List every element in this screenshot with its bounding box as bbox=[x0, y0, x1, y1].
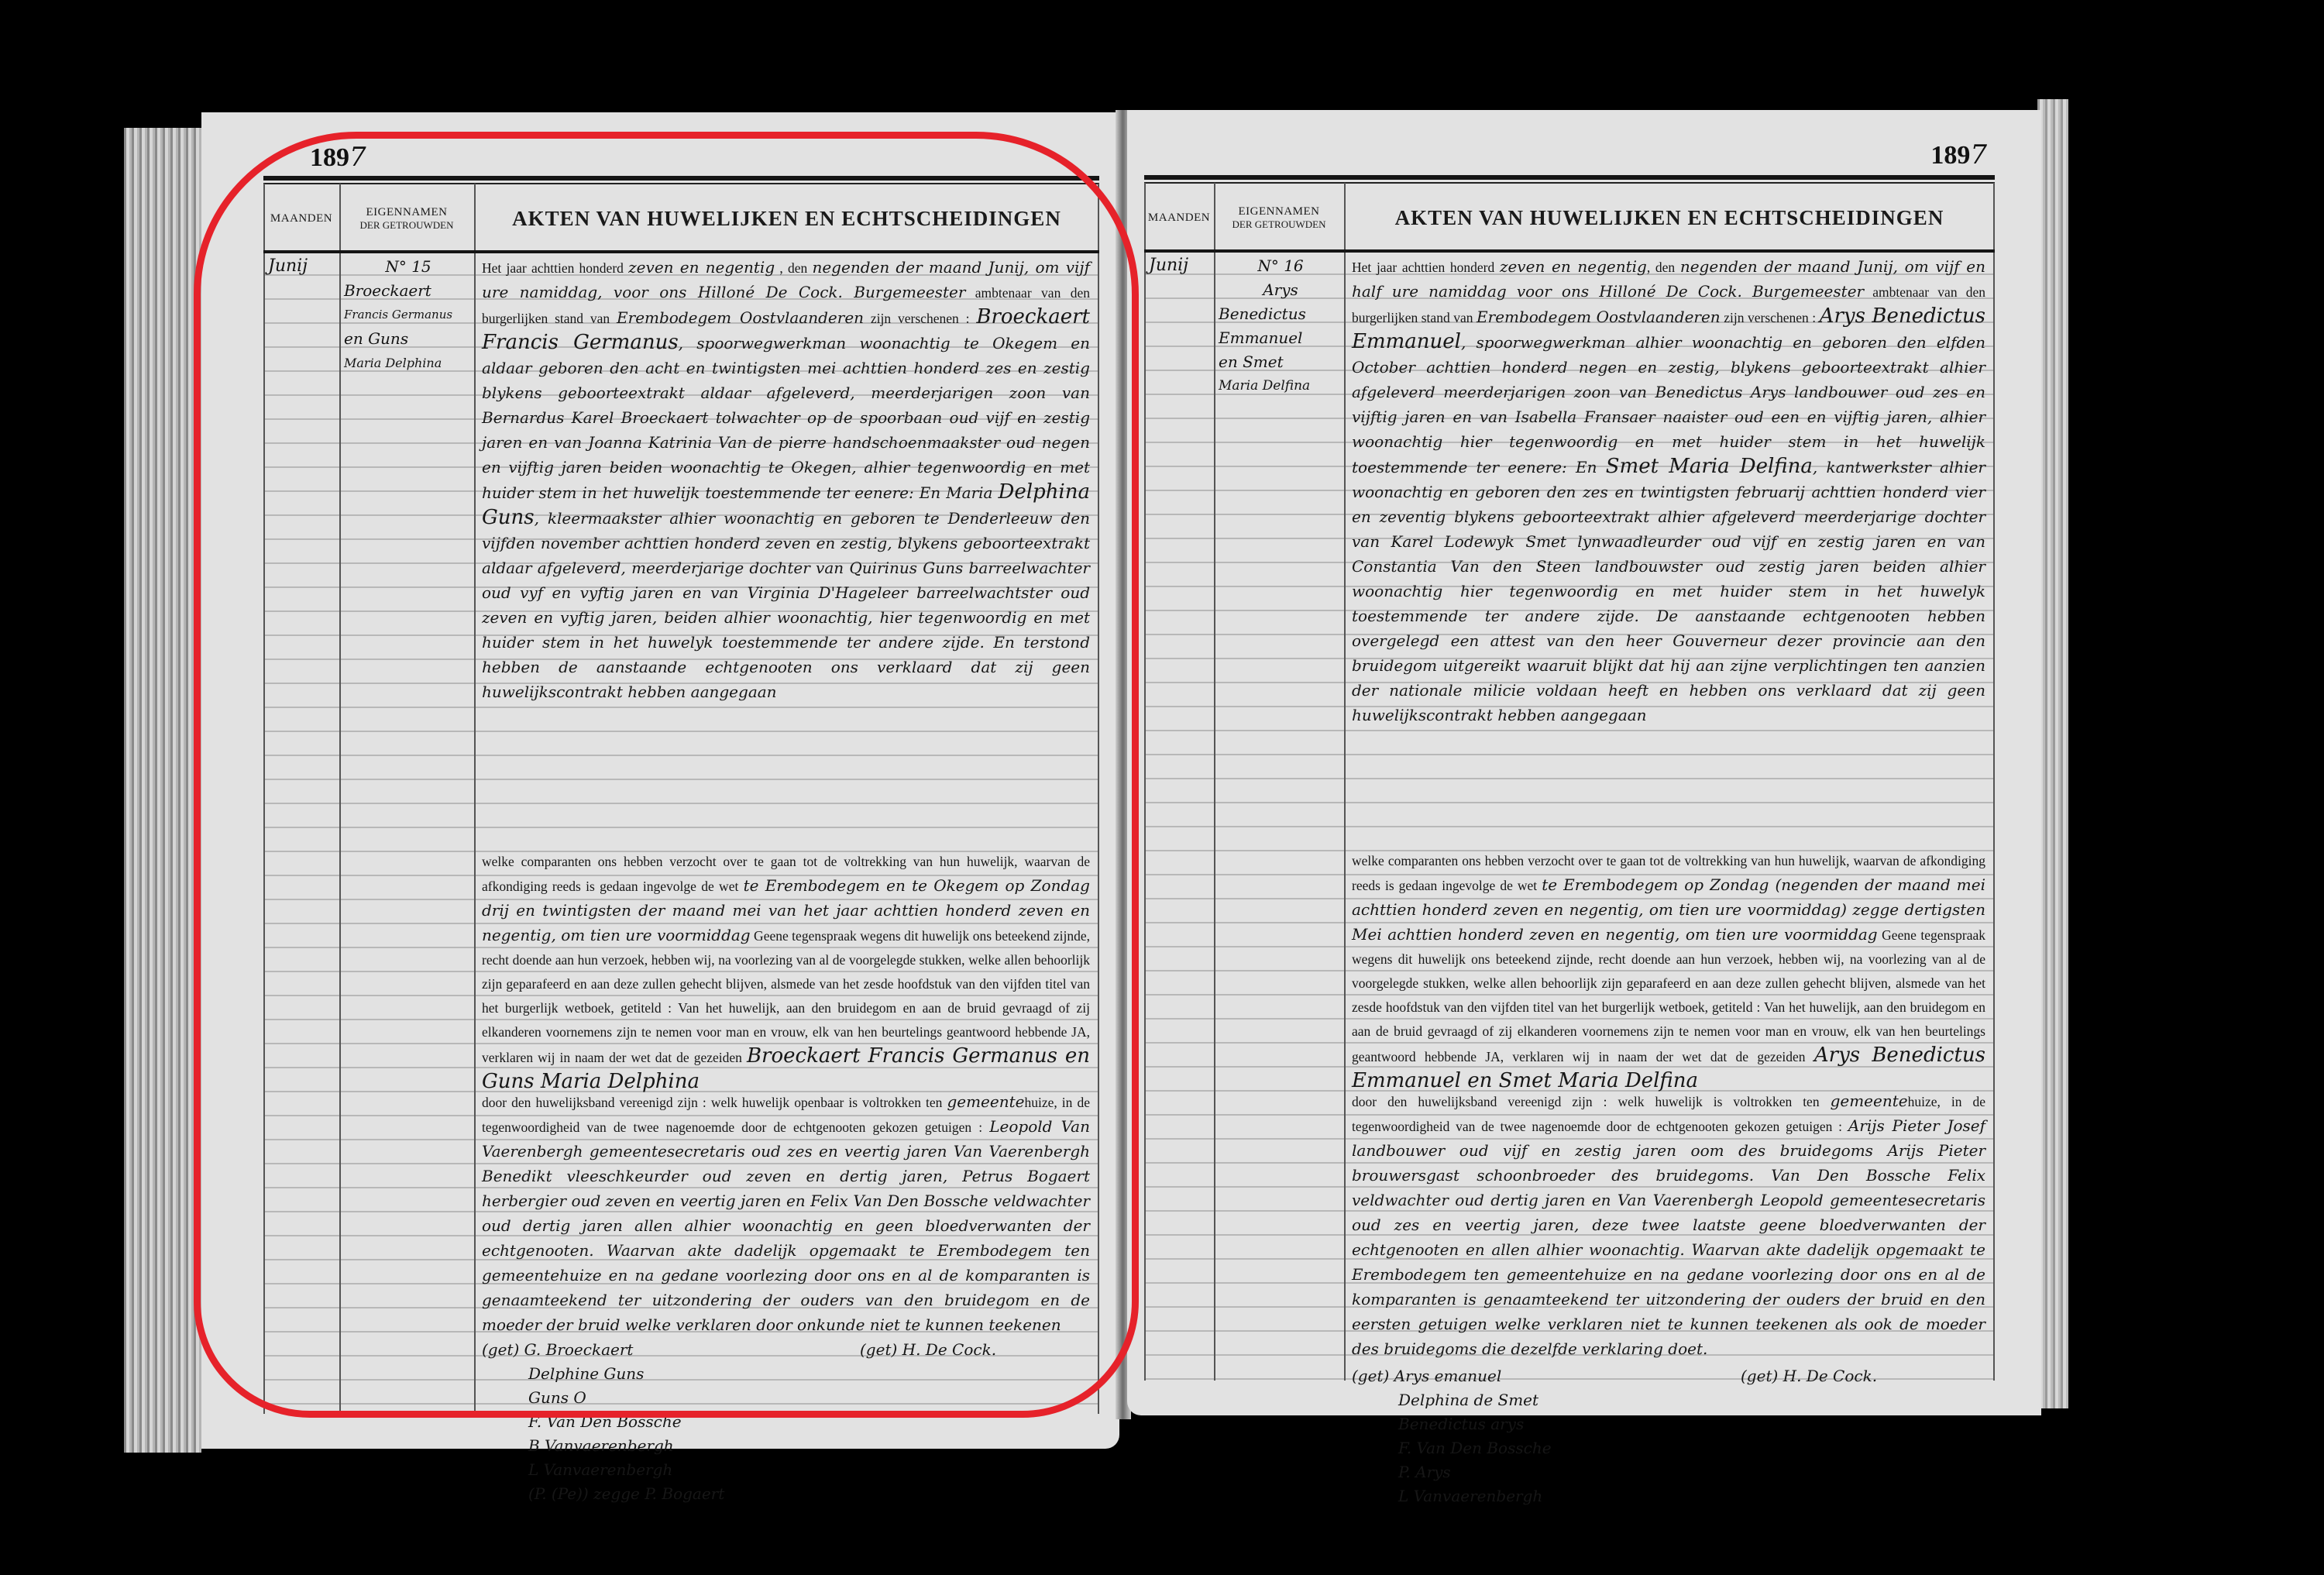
signature-line: F. Van Den Bossche bbox=[1352, 1436, 1552, 1460]
signature-line: Guns O bbox=[482, 1386, 724, 1410]
entry-paragraph-3: door den huwelijksband vereenigd zijn : … bbox=[482, 1090, 1090, 1338]
handwritten-text: Leopold Van Vaerenbergh gemeentesecretar… bbox=[482, 1117, 1090, 1334]
year-handwritten: 7 bbox=[1970, 139, 1987, 170]
right-page-edges bbox=[2037, 99, 2068, 1408]
entry-month: Junij bbox=[1149, 256, 1188, 275]
column-border bbox=[1098, 184, 1099, 1414]
year-printed: 189 bbox=[1930, 141, 1970, 170]
entry-month: Junij bbox=[268, 256, 308, 276]
signature-line: L Vanvaerenbergh bbox=[482, 1458, 724, 1482]
printed-text: door den huwelijksband vereenigd zijn : … bbox=[482, 1095, 947, 1110]
entry-paragraph-2: welke comparanten ons hebben verzocht ov… bbox=[1352, 849, 1985, 1095]
header-months-label: MAANDEN bbox=[1148, 211, 1210, 225]
handwritten-text: gemeente bbox=[1831, 1092, 1908, 1110]
header-names-label: EIGENNAMEN bbox=[366, 206, 448, 219]
signature-line: F. Van Den Bossche bbox=[482, 1410, 724, 1434]
page-year: 1897 bbox=[1930, 139, 1987, 170]
signature-line: B Vanvaerenbergh bbox=[482, 1434, 724, 1458]
bride-given-names: Maria Delphina bbox=[344, 351, 473, 375]
left-page-edges bbox=[124, 128, 201, 1453]
header-rule bbox=[1144, 249, 1995, 253]
header-months-label: MAANDEN bbox=[270, 212, 332, 225]
groom-given-names: Francis Germanus bbox=[344, 303, 473, 327]
signature-line: Delphina de Smet bbox=[1352, 1388, 1552, 1412]
year-handwritten: 7 bbox=[349, 142, 366, 173]
handwritten-text: , spoorwegwerkman woonachtig te Okegem e… bbox=[482, 334, 1090, 502]
top-rule bbox=[1144, 175, 1995, 180]
entry-paragraph-2: welke comparanten ons hebben verzocht ov… bbox=[482, 850, 1090, 1095]
header-names-sublabel: DER GETROUWDEN bbox=[1232, 218, 1326, 231]
page-title: AKTEN VAN HUWELIJKEN EN ECHTSCHEIDINGEN bbox=[512, 207, 1061, 231]
page-title: AKTEN VAN HUWELIJKEN EN ECHTSCHEIDINGEN bbox=[1395, 206, 1944, 230]
handwritten-text: zeven en negentig bbox=[628, 258, 775, 277]
bride-surname: en Guns bbox=[344, 327, 473, 351]
signature-registrar: (get) H. De Cock. bbox=[1741, 1364, 1877, 1388]
signatures-parties: (get) G. BroeckaertDelphine GunsGuns OF.… bbox=[482, 1338, 724, 1506]
top-rule-thin bbox=[263, 183, 1099, 184]
printed-text: Het jaar achttien honderd bbox=[1352, 260, 1500, 275]
entry-paragraph-1: Het jaar achttien honderd zeven en negen… bbox=[1352, 255, 1985, 728]
handwritten-text: , kantwerkster alhier woonachtig en gebo… bbox=[1352, 458, 1985, 724]
signature-line: (P. (Pe)) zegge P. Bogaert bbox=[482, 1482, 724, 1506]
handwritten-text: Arijs Pieter Josef landbouwer oud vijf e… bbox=[1352, 1116, 1985, 1358]
header-title: AKTEN VAN HUWELIJKEN EN ECHTSCHEIDINGEN bbox=[474, 191, 1099, 246]
entry-number: N° 16 bbox=[1219, 254, 1342, 278]
printed-text: zijn verschenen : bbox=[864, 311, 976, 326]
groom-surname: Arys bbox=[1219, 278, 1342, 302]
column-divider-months bbox=[1214, 183, 1215, 1381]
entry-number: N° 15 bbox=[344, 255, 473, 279]
groom-surname: Broeckaert bbox=[344, 279, 473, 303]
bride-given-names: Maria Delfina bbox=[1219, 374, 1342, 398]
top-rule-thin bbox=[1144, 182, 1995, 184]
year-printed: 189 bbox=[310, 143, 349, 172]
header-rule bbox=[263, 250, 1099, 253]
entry-names: N° 15 Broeckaert Francis Germanus en Gun… bbox=[344, 255, 473, 375]
printed-text: door den huwelijksband vereenigd zijn : … bbox=[1352, 1094, 1831, 1109]
column-divider-names bbox=[474, 184, 476, 1414]
header-title: AKTEN VAN HUWELIJKEN EN ECHTSCHEIDINGEN bbox=[1344, 191, 1995, 245]
signature-line: P. Arys bbox=[1352, 1460, 1552, 1484]
entry-paragraph-1: Het jaar achttien honderd zeven en negen… bbox=[482, 256, 1090, 705]
right-page: 1897 MAANDEN EIGENNAMEN DER GETROUWDEN A… bbox=[1127, 110, 2041, 1415]
header-names: EIGENNAMEN DER GETROUWDEN bbox=[339, 191, 474, 246]
bride-surname: en Smet bbox=[1219, 350, 1342, 374]
open-ledger-book: 1897 MAANDEN EIGENNAMEN DER GETROUWDEN A… bbox=[0, 0, 2324, 1575]
signatures-parties: (get) Arys emanuelDelphina de SmetBenedi… bbox=[1352, 1364, 1552, 1508]
entry-names: N° 16 Arys Benedictus Emmanuel en Smet M… bbox=[1219, 254, 1342, 398]
printed-text: Het jaar achttien honderd bbox=[482, 260, 628, 276]
handwritten-text: gemeente bbox=[947, 1092, 1024, 1111]
printed-text: , den bbox=[775, 260, 812, 276]
groom-given-name-1: Benedictus bbox=[1219, 302, 1342, 326]
signature-line: Delphine Guns bbox=[482, 1362, 724, 1386]
handwritten-text: zeven en negentig bbox=[1500, 257, 1647, 276]
left-page: 1897 MAANDEN EIGENNAMEN DER GETROUWDEN A… bbox=[201, 112, 1119, 1449]
header-names-label: EIGENNAMEN bbox=[1239, 205, 1320, 218]
entry-paragraph-3: door den huwelijksband vereenigd zijn : … bbox=[1352, 1089, 1985, 1362]
column-border bbox=[1993, 183, 1995, 1381]
header-names-sublabel: DER GETROUWDEN bbox=[360, 219, 454, 232]
header-months: MAANDEN bbox=[263, 191, 339, 246]
groom-given-name-2: Emmanuel bbox=[1219, 326, 1342, 350]
top-rule bbox=[263, 176, 1099, 181]
left-form: MAANDEN EIGENNAMEN DER GETROUWDEN AKTEN … bbox=[263, 176, 1099, 1414]
printed-text: , den bbox=[1647, 260, 1680, 275]
signature-line: (get) G. Broeckaert bbox=[482, 1338, 724, 1362]
signature-line: Benedictus arys bbox=[1352, 1412, 1552, 1436]
handwritten-text: Smet Maria Delfina bbox=[1606, 455, 1813, 478]
handwritten-text: Erembodegem Oostvlaanderen bbox=[1477, 308, 1721, 326]
right-form: MAANDEN EIGENNAMEN DER GETROUWDEN AKTEN … bbox=[1144, 175, 1995, 1381]
printed-text: zijn verschenen : bbox=[1721, 310, 1820, 325]
header-months: MAANDEN bbox=[1144, 191, 1214, 245]
page-year: 1897 bbox=[310, 142, 366, 173]
handwritten-text: Erembodegem Oostvlaanderen bbox=[617, 308, 864, 327]
header-names: EIGENNAMEN DER GETROUWDEN bbox=[1214, 191, 1344, 245]
column-border bbox=[263, 184, 265, 1414]
column-divider-names bbox=[1344, 183, 1346, 1381]
column-divider-months bbox=[339, 184, 341, 1414]
signature-registrar: (get) H. De Cock. bbox=[860, 1338, 996, 1362]
handwritten-text: , kleermaakster alhier woonachtig en geb… bbox=[482, 509, 1090, 701]
column-border bbox=[1144, 183, 1146, 1381]
signature-line: L Vanvaerenbergh bbox=[1352, 1484, 1552, 1508]
signature-line: (get) Arys emanuel bbox=[1352, 1364, 1552, 1388]
